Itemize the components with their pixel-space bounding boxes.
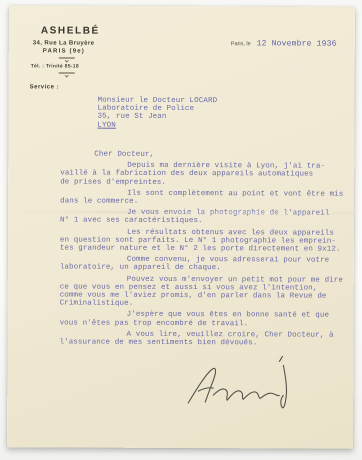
paragraph-line: de prises d'empreintes. — [60, 178, 344, 187]
paragraph-line: N° 1 avec ses caractéristiques. — [60, 217, 344, 226]
recipient-block: Monsieur le Docteur LOCARDLaboratoire de… — [97, 97, 217, 130]
letterhead-divider — [59, 72, 75, 76]
paragraph: Comme convenu, je vous adresserai pour v… — [60, 256, 344, 274]
paragraph: Les résultats obtenus avec les deux appa… — [60, 228, 344, 254]
recipient-line: 35, rue St Jean — [97, 113, 217, 122]
handwritten-signature — [182, 353, 317, 416]
paragraph: Je vous envoie la photographie de l'appa… — [60, 209, 344, 227]
company-name: ASHELBÉ — [31, 25, 141, 36]
paragraph-line: Criminalistique. — [60, 300, 344, 309]
company-phone: Tél. : Trinité 85-18 — [31, 63, 141, 69]
paragraph: J'espère que vous êtes en bonne santé et… — [60, 311, 344, 329]
paragraph-line: vous n'êtes pas trop encombré de travail… — [60, 319, 344, 328]
company-city: PARIS (9e) — [31, 48, 141, 54]
letter-body: Cher Docteur, Depuis ma dernière visite … — [59, 150, 344, 351]
service-label: Service : — [30, 84, 141, 90]
paragraph: A vous lire, veuillez croire, Cher Docte… — [59, 330, 343, 348]
paragraph: Ils sont complètement au point et vont ê… — [60, 189, 344, 207]
letter-paragraphs: Depuis ma dernière visite à Lyon, j'ai t… — [59, 162, 344, 348]
letter-page: ASHELBÉ 34, Rue La Bruyère PARIS (9e) Té… — [7, 5, 355, 449]
paragraph-line: tes grandeur nature et le N° 2 les porte… — [60, 245, 344, 254]
dateline-printed-label: Paris, le — [231, 41, 251, 47]
paragraph: Depuis ma dernière visite à Lyon, j'ai t… — [60, 162, 344, 188]
company-address: 34, Rue La Bruyère — [31, 40, 141, 46]
dateline: Paris, le12 Novembre 1936 — [231, 32, 337, 50]
paragraph-line: l'assurance de mes sentiments bien dévou… — [59, 339, 343, 348]
paragraph-line: laboratoire, un appareil de chaque. — [60, 264, 344, 273]
salutation: Cher Docteur, — [60, 150, 344, 159]
letterhead: ASHELBÉ 34, Rue La Bruyère PARIS (9e) Té… — [31, 25, 141, 90]
letterhead-divider — [59, 57, 75, 61]
dateline-typed-date: 12 Novembre 1936 — [257, 39, 337, 48]
paragraph: Pouvez vous m'envoyer un petit mot pour … — [60, 275, 344, 309]
paragraph-line: dans le commerce. — [60, 197, 344, 206]
recipient-line: LYON — [97, 121, 217, 130]
